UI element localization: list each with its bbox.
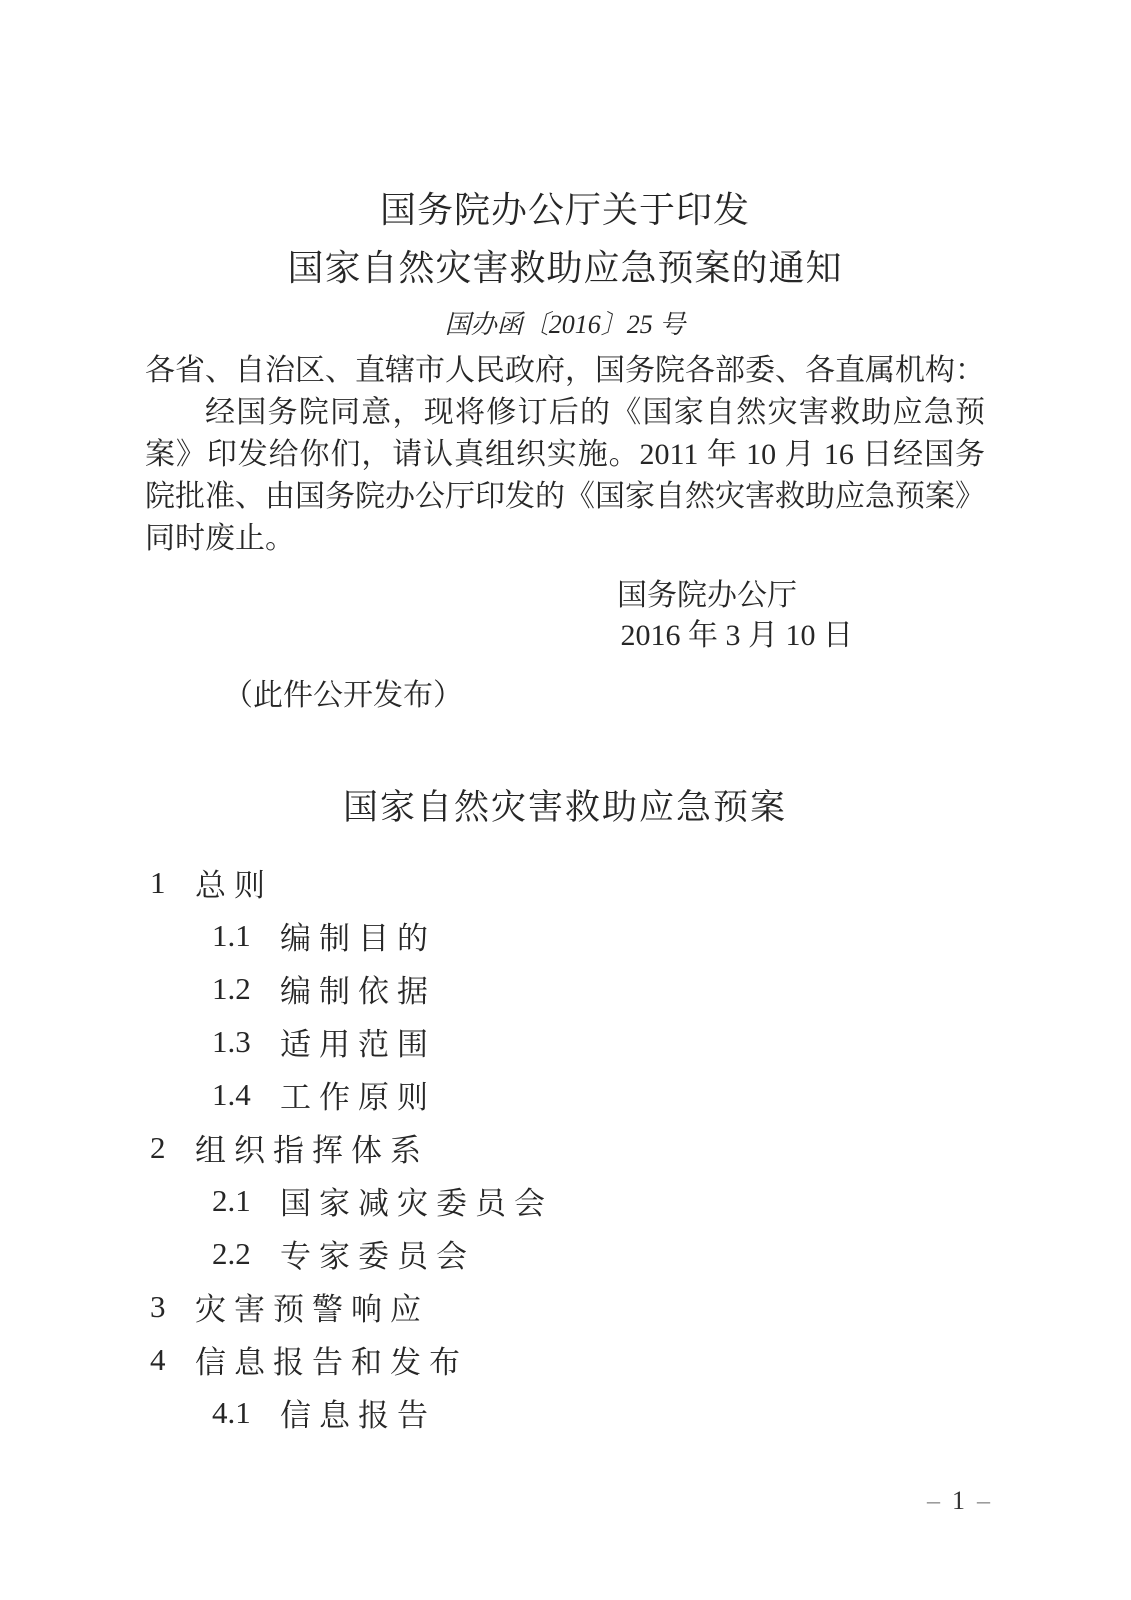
toc-label: 国家减灾委员会 [280,1178,553,1223]
toc-item-4: 4 信息报告和发布 [145,1333,985,1386]
toc-label: 编制依据 [280,966,436,1011]
notice-title-line2: 国家自然灾害救助应急预案的通知 [145,248,985,288]
toc-number: 3 [150,1289,195,1325]
toc-item-2-2: 2.2 专家委员会 [145,1227,985,1280]
salutation-line: 各省、自治区、直辖市人民政府，国务院各部委、各直属机构： [145,350,985,392]
toc-item-1-3: 1.3 适用范围 [145,1015,985,1068]
toc-number: 1 [150,865,195,901]
page-number-right-dash: – [977,1486,990,1515]
doc-number: 国办函〔2016〕25 号 [145,310,985,340]
toc-number: 1.1 [212,918,280,954]
toc-number: 2 [150,1130,195,1166]
page-number-value: 1 [952,1486,965,1515]
notice-title-line1: 国务院办公厅关于印发 [145,190,985,230]
toc-number: 1.2 [212,971,280,1007]
toc-number: 1.4 [212,1077,280,1113]
toc-label: 编制目的 [280,913,436,958]
toc-item-2-1: 2.1 国家减灾委员会 [145,1174,985,1227]
toc-label: 适用范围 [280,1019,436,1064]
toc-label: 灾害预警响应 [195,1284,429,1329]
document-content: 国务院办公厅关于印发 国家自然灾害救助应急预案的通知 国办函〔2016〕25 号… [145,0,985,1439]
toc-label: 信息报告 [280,1390,436,1435]
signature-date: 2016 年 3 月 10 日 [145,616,985,656]
toc-item-1-4: 1.4 工作原则 [145,1068,985,1121]
toc-item-2: 2 组织指挥体系 [145,1121,985,1174]
toc-label: 工作原则 [280,1072,436,1117]
toc-number: 2.2 [212,1236,280,1272]
toc-item-1: 1 总则 [145,856,985,909]
toc-number: 4.1 [212,1395,280,1431]
signature-issuer: 国务院办公厅 [145,576,985,616]
toc-item-1-1: 1.1 编制目的 [145,909,985,962]
toc-label: 组织指挥体系 [195,1125,429,1170]
toc-item-3: 3 灾害预警响应 [145,1280,985,1333]
page-number: –1– [927,1486,990,1516]
page-number-left-dash: – [927,1486,940,1515]
toc-item-4-1: 4.1 信息报告 [145,1386,985,1439]
toc-number: 4 [150,1342,195,1378]
toc-number: 1.3 [212,1024,280,1060]
toc-label: 信息报告和发布 [195,1337,468,1382]
table-of-contents: 1 总则 1.1 编制目的 1.2 编制依据 1.3 适用范围 1.4 工作原则… [145,856,985,1439]
toc-label: 专家委员会 [280,1231,475,1276]
toc-label: 总则 [195,860,273,905]
notice-body-paragraph: 经国务院同意，现将修订后的《国家自然灾害救助应急预案》印发给你们，请认真组织实施… [145,392,985,560]
toc-number: 2.1 [212,1183,280,1219]
public-release-note: （此件公开发布） [145,676,985,716]
toc-item-1-2: 1.2 编制依据 [145,962,985,1015]
document-page: 国务院办公厅关于印发 国家自然灾害救助应急预案的通知 国办函〔2016〕25 号… [0,0,1131,1600]
plan-title: 国家自然灾害救助应急预案 [145,788,985,828]
